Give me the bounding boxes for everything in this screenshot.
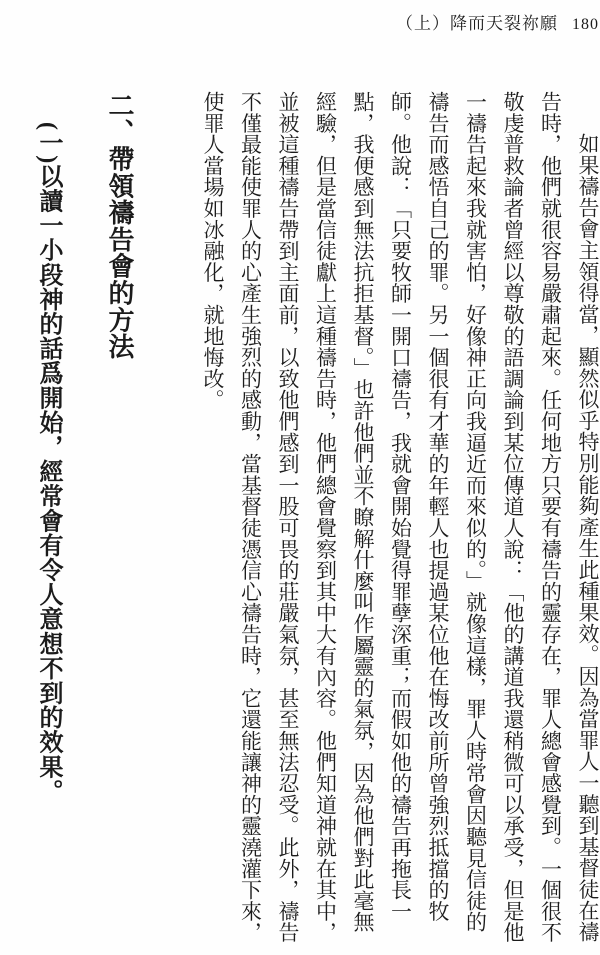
text-column: 不僅最能使罪人的心產生強烈的感動，當基督徒憑信心禱告時，它還能讓神的靈澆灌下來， — [223, 91, 261, 943]
page-number: 180 — [572, 16, 599, 34]
text-column: 告時，他們就很容易嚴肅起來。任何地方只要有禱告的靈存在，罪人總會感覺到。一個很不 — [523, 91, 561, 943]
text-column: 如果禱告會主領得當，顯然似乎特別能夠產生此種果效。因為當罪人一聽到基督徒在禱 — [561, 91, 599, 943]
main-paragraph: 如果禱告會主領得當，顯然似乎特別能夠產生此種果效。因為當罪人一聽到基督徒在禱 告… — [186, 91, 599, 943]
text-column: 使罪人當場如冰融化，就地悔改。 — [186, 91, 224, 943]
book-title: （上）降而天裂祢願 — [396, 9, 558, 34]
text-column: 敬虔普救論者曾經以尊敬的語調論到某位傳道人說：「他的講道我還稍微可以承受，但是他 — [486, 91, 524, 943]
section-heading: 二、帶領禱告會的方法 — [86, 92, 132, 412]
text-column: 經驗，但是當信徒獻上這種禱告時，他們總會覺察到其中大有內容。他們知道神就在其中， — [298, 91, 336, 943]
subsection-item: (一)以讀一小段神的話爲開始，經常會有令人意想不到的效果。 — [10, 122, 60, 842]
text-column: 點，我便感到無法抗拒基督。」也許他們並不瞭解什麼叫作屬靈的氣氛，因為他們對此毫無 — [336, 91, 374, 943]
text-column: 一禱告起來我就害怕，好像神正向我逼近而來似的。」就像這樣，罪人時常會因聽見信徒的 — [448, 91, 486, 943]
text-column: 師。他說：「只要牧師一開口禱告，我就會開始覺得罪孽深重；而假如他的禱告再拖長一 — [373, 91, 411, 943]
text-column: 禱告而感悟自己的罪。另一個很有才華的年輕人也提過某位他在悔改前所曾強烈抵擋的牧 — [411, 91, 449, 943]
text-column: 並被這種禱告帶到主面前，以致他們感到一股可畏的莊嚴氣氛，甚至無法忍受。此外，禱告 — [261, 91, 299, 943]
running-head: （上）降而天裂祢願 180 — [396, 9, 599, 34]
book-page: （上）降而天裂祢願 180 如果禱告會主領得當，顯然似乎特別能夠產生此種果效。因… — [0, 0, 600, 955]
